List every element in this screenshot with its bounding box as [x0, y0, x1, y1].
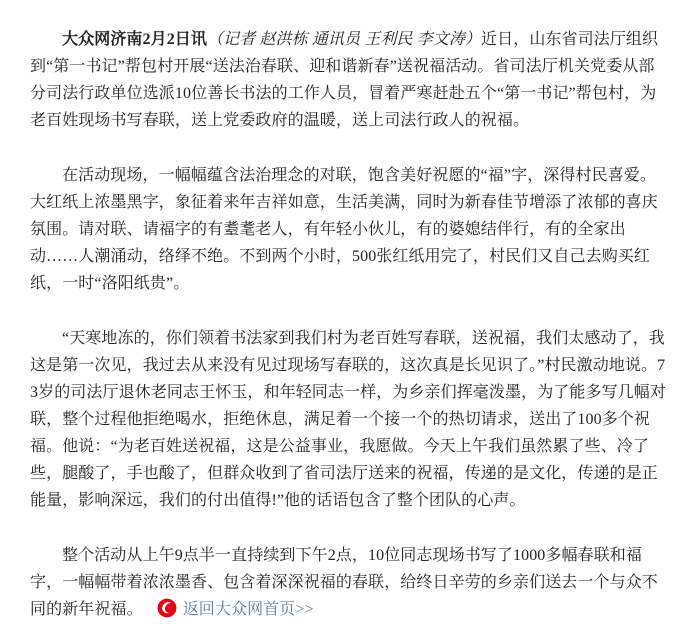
- home-link-text[interactable]: 返回大众网首页>>: [183, 601, 314, 618]
- dateline: 大众网济南2月2日讯: [62, 31, 207, 48]
- paragraph-lead: 大众网济南2月2日讯（记者 赵洪栋 通讯员 王利民 李文涛）近日，山东省司法厅组…: [30, 26, 670, 134]
- paragraph-4: 整个活动从上午9点半一直持续到下午2点，10位同志现场书写了1000多幅春联和福…: [30, 542, 670, 623]
- paragraph-2: 在活动现场，一幅幅蕴含法治理念的对联，饱含美好祝愿的“福”字，深得村民喜爱。大红…: [30, 162, 670, 297]
- byline: （记者 赵洪栋 通讯员 王利民 李文涛）: [207, 31, 481, 48]
- article-page: 大众网济南2月2日讯（记者 赵洪栋 通讯员 王利民 李文涛）近日，山东省司法厅组…: [0, 0, 690, 623]
- paragraph-4-text: 整个活动从上午9点半一直持续到下午2点，10位同志现场书写了1000多幅春联和福…: [30, 547, 658, 618]
- paragraph-3: “天寒地冻的，你们领着书法家到我们村为老百姓写春联，送祝福，我们太感动了，我这是…: [30, 325, 670, 514]
- home-link[interactable]: 返回大众网首页>>: [157, 601, 314, 618]
- dazhongwang-logo-icon: [157, 598, 177, 618]
